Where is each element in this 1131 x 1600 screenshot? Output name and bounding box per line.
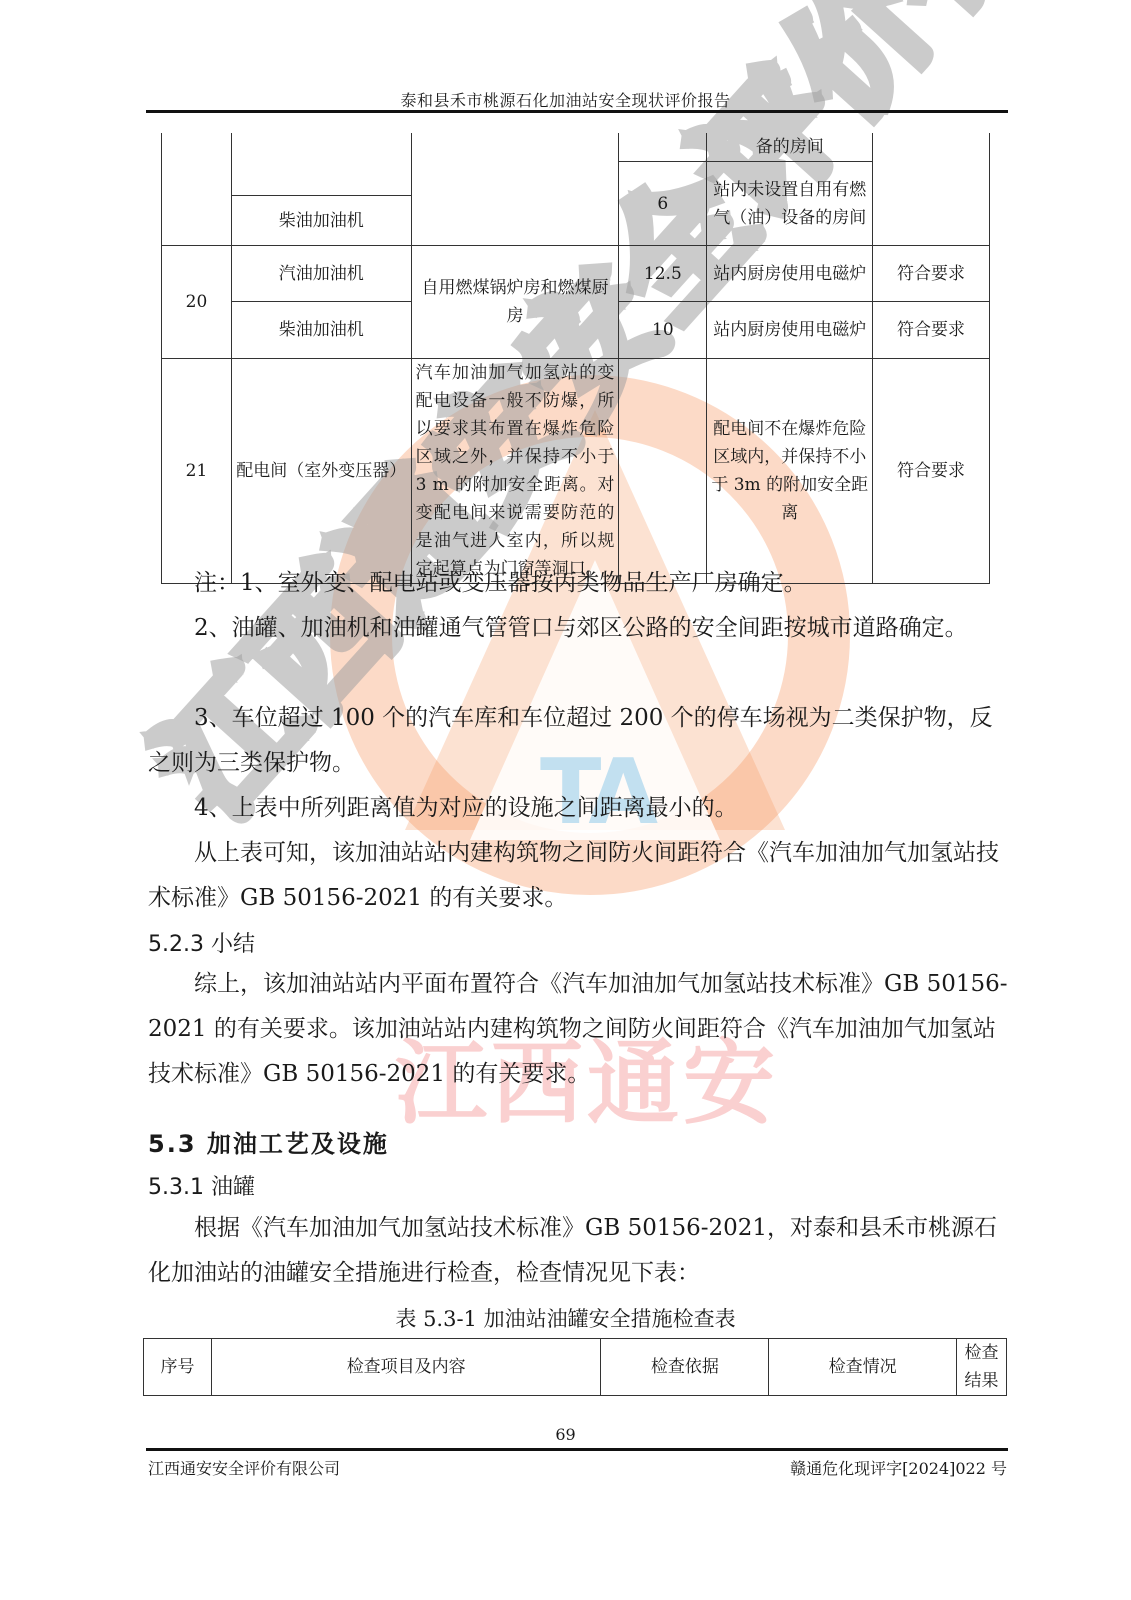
cell-distance — [619, 359, 707, 584]
conclusion-paragraph: 从上表可知，该加油站站内建构筑物之间防火间距符合《汽车加油加气加氢站技术标准》G… — [148, 831, 1008, 921]
cell-result: 符合要求 — [873, 302, 990, 359]
cell-actual: 站内厨房使用电磁炉 — [707, 302, 873, 359]
note-4: 4、上表中所列距离值为对应的设施之间距离最小的。 — [148, 786, 1008, 831]
cell-id: 20 — [162, 246, 232, 359]
footer-doc-number: 赣通危化现评字[2024]022 号 — [790, 1456, 1007, 1479]
summary-paragraph: 综上，该加油站站内平面布置符合《汽车加油加气加氢站技术标准》GB 50156-2… — [148, 962, 1008, 1097]
cell-result: 符合要求 — [873, 359, 990, 584]
footer-rule — [146, 1448, 1008, 1451]
header-rule — [146, 110, 1008, 113]
section-heading-5-2-3: 5.2.3 小结 — [148, 927, 255, 958]
header-cell-status: 检查情况 — [769, 1339, 957, 1396]
cell-target: 自用燃煤锅炉房和燃煤厨房 — [411, 246, 619, 359]
cell-target — [411, 133, 619, 246]
cell-actual: 站内未设置自用有燃气（油）设备的房间 — [707, 162, 873, 246]
cell-result — [873, 133, 990, 246]
cell-actual: 站内厨房使用电磁炉 — [707, 246, 873, 302]
document-page: TA 江西通安 江西通安安全评价有限公司 泰和县禾市桃源石化加油站安全现状评价报… — [0, 0, 1131, 1600]
cell-id: 21 — [162, 359, 232, 584]
cell-distance: 6 — [619, 162, 707, 246]
tank-safety-check-table: 序号 检查项目及内容 检查依据 检查情况 检查结果 — [143, 1338, 1007, 1396]
header-cell-id: 序号 — [144, 1339, 212, 1396]
table-row: 21 配电间（室外变压器） 汽车加油加气加氢站的变配电设备一般不防爆，所以要求其… — [162, 359, 990, 584]
cell-distance: 10 — [619, 302, 707, 359]
cell-facility: 汽油加油机 — [231, 246, 411, 302]
table-caption: 表 5.3-1 加油站油罐安全措施检查表 — [0, 1303, 1131, 1333]
cell-distance — [619, 133, 707, 162]
cell-actual: 备的房间 — [707, 133, 873, 162]
running-header: 泰和县禾市桃源石化加油站安全现状评价报告 — [0, 88, 1131, 111]
section-heading-5-3-1: 5.3.1 油罐 — [148, 1170, 255, 1201]
table-header-row: 序号 检查项目及内容 检查依据 检查情况 检查结果 — [144, 1339, 1007, 1396]
note-3: 3、车位超过 100 个的汽车库和车位超过 200 个的停车场视为二类保护物，反… — [148, 696, 1008, 786]
header-cell-result: 检查结果 — [957, 1339, 1007, 1396]
cell-facility: 配电间（室外变压器） — [231, 359, 411, 584]
tank-intro-paragraph: 根据《汽车加油加气加氢站技术标准》GB 50156-2021，对泰和县禾市桃源石… — [148, 1206, 1008, 1296]
cell-id — [162, 133, 232, 246]
page-number: 69 — [0, 1425, 1131, 1444]
cell-facility — [231, 133, 411, 196]
cell-actual: 配电间不在爆炸危险区域内，并保持不小于 3m 的附加安全距离 — [707, 359, 873, 584]
table-row: 20 汽油加油机 自用燃煤锅炉房和燃煤厨房 12.5 站内厨房使用电磁炉 符合要… — [162, 246, 990, 302]
cell-facility: 柴油加油机 — [231, 196, 411, 246]
cell-distance: 12.5 — [619, 246, 707, 302]
cell-target: 汽车加油加气加氢站的变配电设备一般不防爆，所以要求其布置在爆炸危险区域之外，并保… — [411, 359, 619, 584]
section-heading-5-3: 5.3 加油工艺及设施 — [148, 1124, 389, 1159]
footer-company: 江西通安安全评价有限公司 — [148, 1456, 340, 1479]
fire-spacing-table-continued: 备的房间 6 站内未设置自用有燃气（油）设备的房间 柴油加油机 20 汽油加油机… — [161, 133, 990, 584]
header-cell-basis: 检查依据 — [601, 1339, 769, 1396]
note-1: 注：1、室外变、配电站或变压器按丙类物品生产厂房确定。 — [148, 561, 1008, 606]
header-cell-item: 检查项目及内容 — [211, 1339, 601, 1396]
cell-result: 符合要求 — [873, 246, 990, 302]
note-2: 2、油罐、加油机和油罐通气管管口与郊区公路的安全间距按城市道路确定。 — [148, 606, 1008, 651]
cell-facility: 柴油加油机 — [231, 302, 411, 359]
table-row: 备的房间 — [162, 133, 990, 162]
